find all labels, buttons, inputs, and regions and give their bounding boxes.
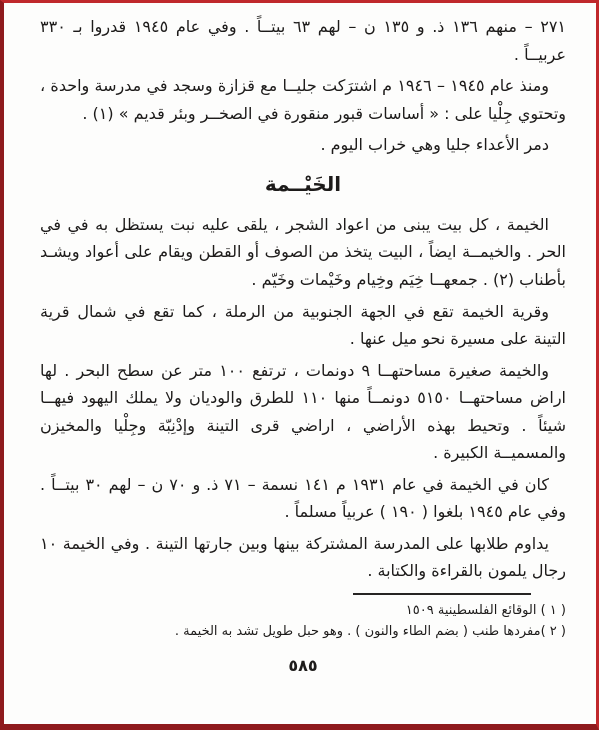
para-khayma-population: كان في الخيمة في عام ١٩٣١ م ١٤١ نسمة – ٧… — [40, 471, 566, 526]
footnotes-block: ( ١ ) الوقائع الفلسطينية ١٥٠٩ ( ٢ )مفرده… — [40, 593, 566, 643]
para-khayma-area-lands: والخيمة صغيرة مساحتهــا ٩ دونمات ، ترتفع… — [40, 357, 566, 467]
para-khayma-definition: الخيمة ، كل بيت يبنى من اعواد الشجر ، يل… — [40, 211, 566, 294]
page-number: ٥٨٥ — [40, 652, 566, 680]
footnote-2: ( ٢ )مفردها طنب ( بضم الطاء والنون ) . و… — [40, 621, 566, 642]
para-julya-school-and-ruins: ومنذ عام ١٩٤٥ – ١٩٤٦ م اشترَكت جليــا مع… — [40, 72, 566, 127]
page-content: ٢٧١ – منهم ١٣٦ ذ. و ١٣٥ ن – لهم ٦٣ بيتــ… — [4, 3, 596, 679]
para-julya-census-continuation: ٢٧١ – منهم ١٣٦ ذ. و ١٣٥ ن – لهم ٦٣ بيتــ… — [40, 13, 566, 68]
book-page-frame: ٢٧١ – منهم ١٣٦ ذ. و ١٣٥ ن – لهم ٦٣ بيتــ… — [0, 0, 599, 730]
para-khayma-education: يداوم طلابها على المدرسة المشتركة بينها … — [40, 530, 566, 585]
heading-al-khayma: الخَيْــمة — [40, 167, 566, 201]
footnote-separator — [353, 593, 531, 595]
footnote-1: ( ١ ) الوقائع الفلسطينية ١٥٠٩ — [40, 600, 566, 621]
para-khayma-location: وقرية الخيمة تقع في الجهة الجنوبية من ال… — [40, 298, 566, 353]
para-julya-destroyed: دمر الأعداء جليا وهي خراب اليوم . — [40, 131, 566, 159]
